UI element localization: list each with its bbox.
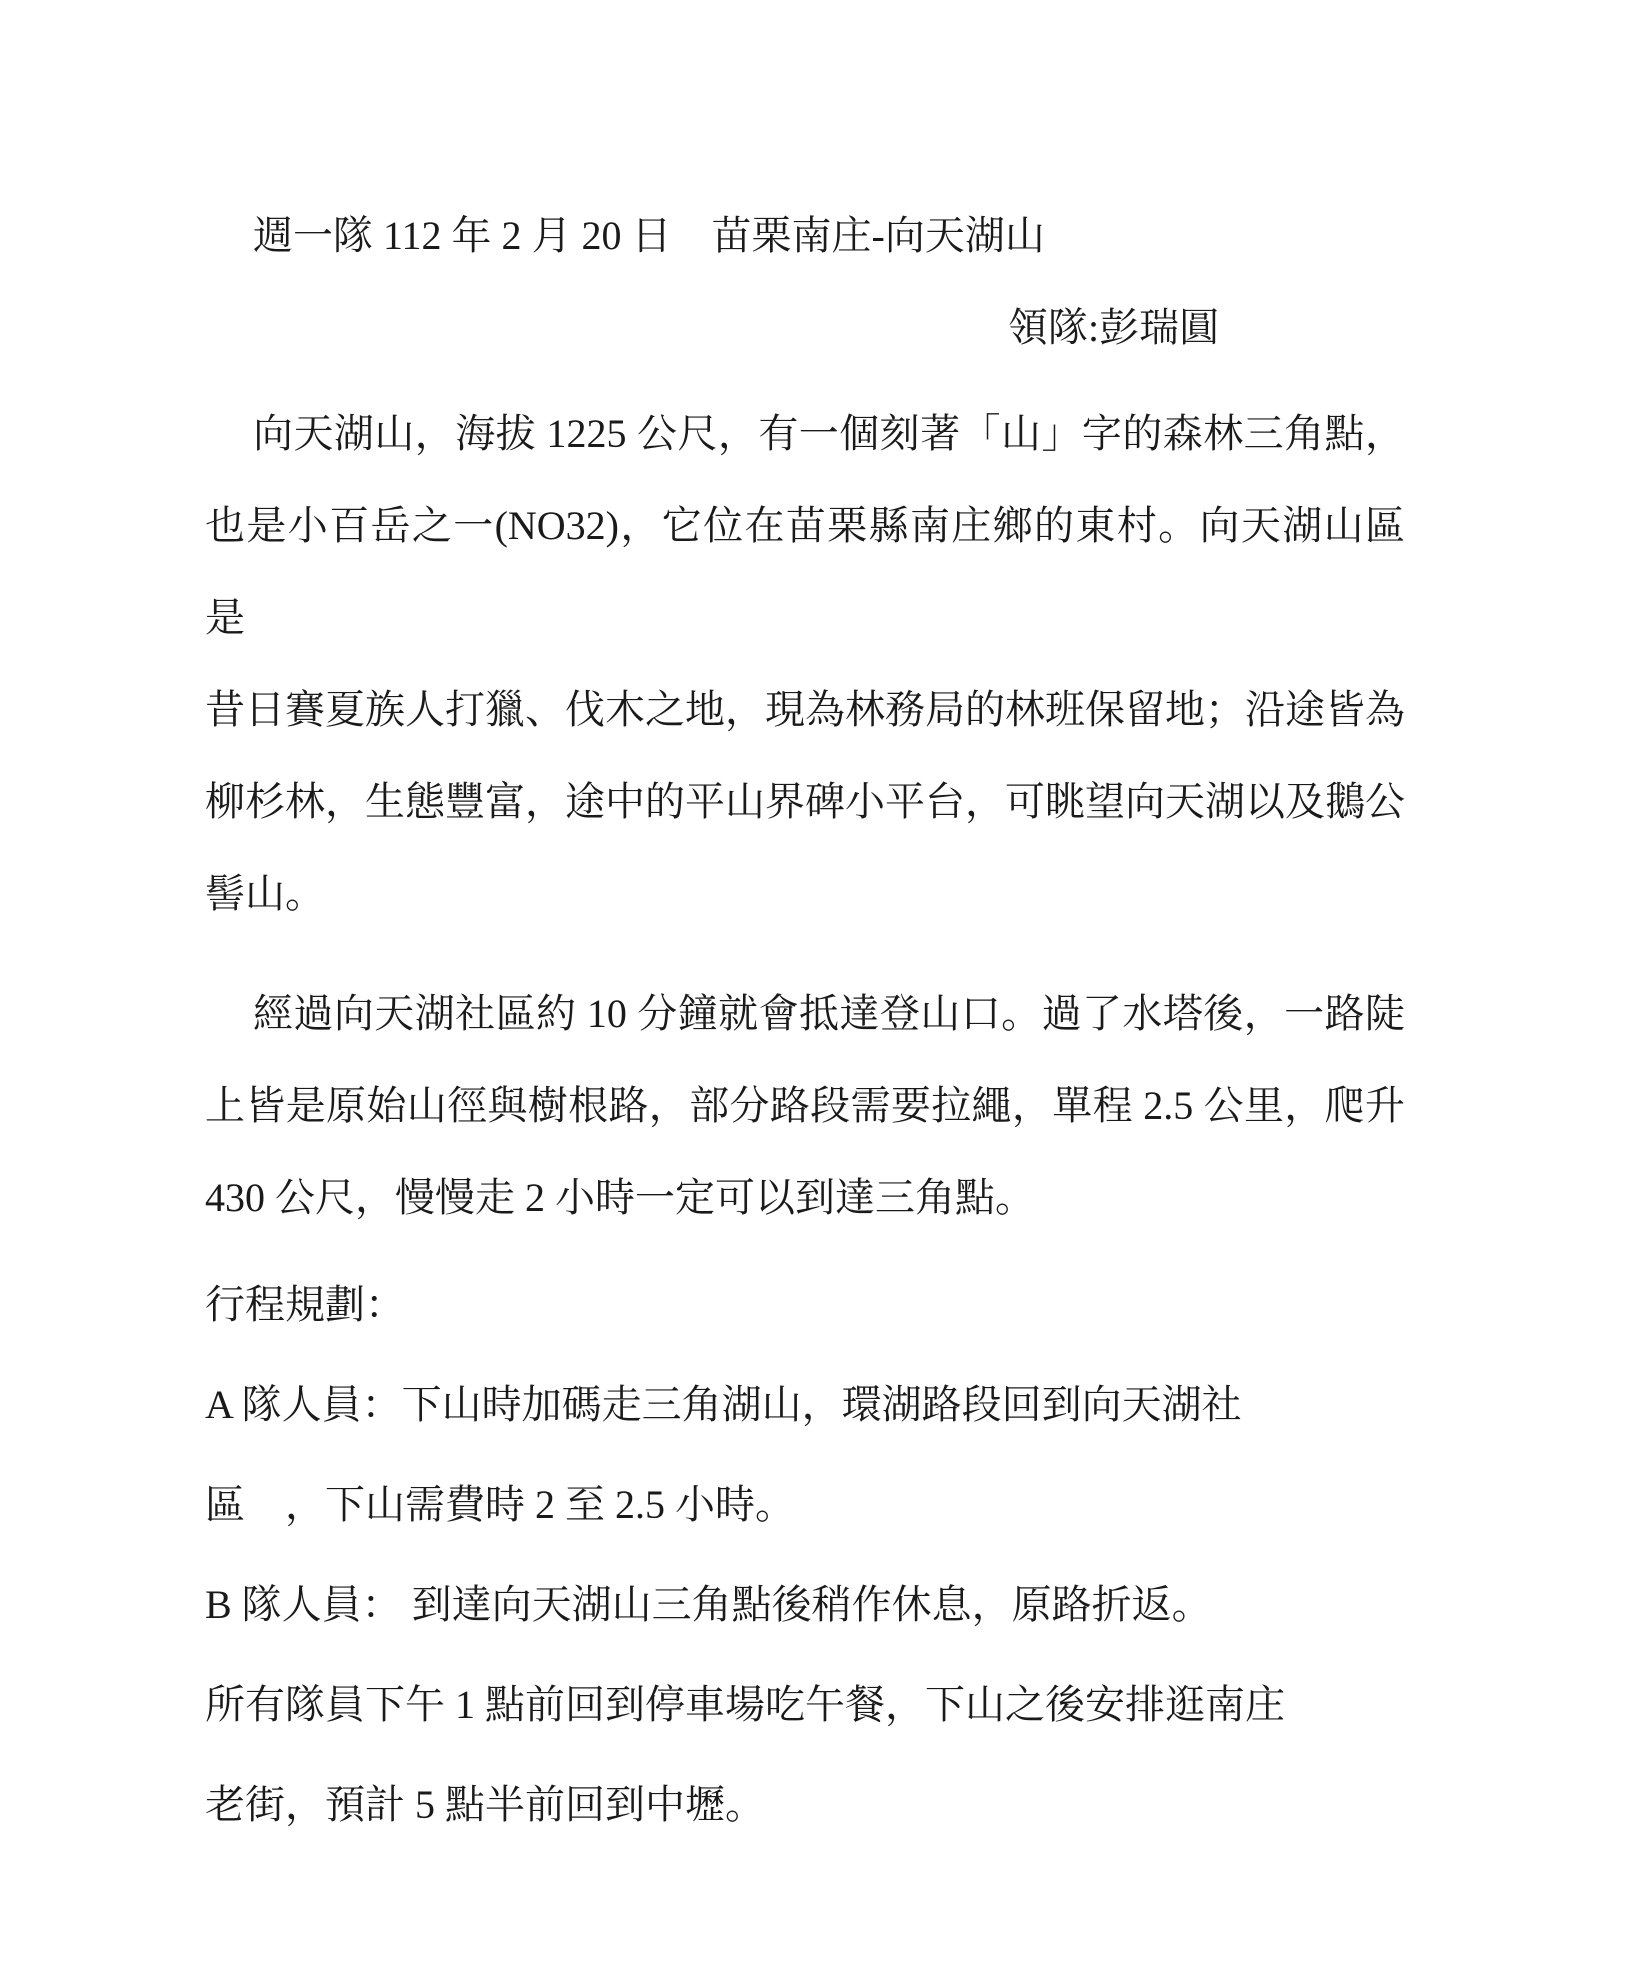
text-line: 髻山。 (205, 848, 1405, 940)
document-title-line: 週一隊 112 年 2 月 20 日 苗栗南庄-向天湖山 (205, 190, 1405, 282)
text-line: 柳杉林，生態豐富，途中的平山界碑小平台，可眺望向天湖以及鵝公 (205, 756, 1405, 848)
document-content: 週一隊 112 年 2 月 20 日 苗栗南庄-向天湖山 領隊:彭瑞圓 向天湖山… (205, 190, 1405, 1855)
body-lines: 向天湖山，海拔 1225 公尺，有一個刻著「山」字的森林三角點，也是小百岳之一(… (205, 388, 1405, 1855)
text-line: 所有隊員下午 1 點前回到停車場吃午餐，下山之後安排逛南庄 (205, 1655, 1405, 1755)
text-line: B 隊人員： 到達向天湖山三角點後稍作休息，原路折返。 (205, 1555, 1405, 1655)
text-line: 上皆是原始山徑與樹根路，部分路段需要拉繩，單程 2.5 公里，爬升 (205, 1060, 1405, 1152)
text-line: 昔日賽夏族人打獵、伐木之地，現為林務局的林班保留地；沿途皆為 (205, 664, 1405, 756)
text-line: 430 公尺，慢慢走 2 小時一定可以到達三角點。 (205, 1152, 1405, 1244)
text-line: 行程規劃： (205, 1255, 1405, 1355)
text-line: 老街，預計 5 點半前回到中壢。 (205, 1755, 1405, 1855)
text-line: 經過向天湖社區約 10 分鐘就會抵達登山口。過了水塔後，一路陡 (205, 968, 1405, 1060)
text-line: 向天湖山，海拔 1225 公尺，有一個刻著「山」字的森林三角點， (205, 388, 1405, 480)
text-line: 區 ，下山需費時 2 至 2.5 小時。 (205, 1455, 1405, 1555)
leader-line: 領隊:彭瑞圓 (205, 282, 1405, 374)
text-line: A 隊人員：下山時加碼走三角湖山，環湖路段回到向天湖社 (205, 1355, 1405, 1455)
document-page: 週一隊 112 年 2 月 20 日 苗栗南庄-向天湖山 領隊:彭瑞圓 向天湖山… (0, 0, 1652, 1968)
text-line: 也是小百岳之一(NO32)，它位在苗栗縣南庄鄉的東村。向天湖山區是 (205, 480, 1405, 664)
